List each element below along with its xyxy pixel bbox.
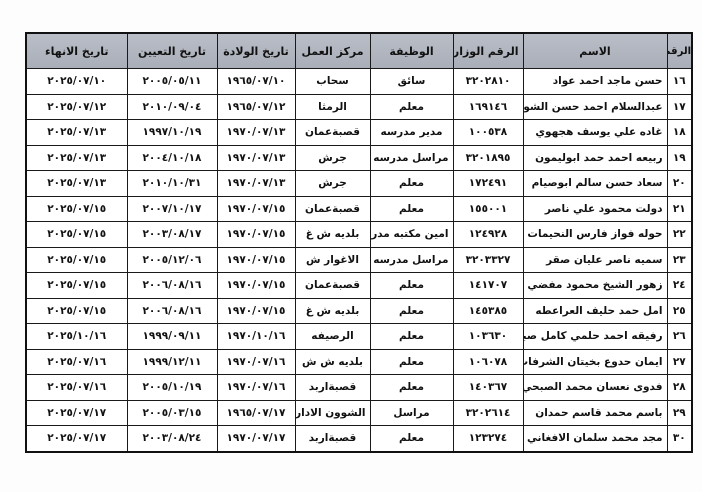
cell-ministry-number: ١٤١٧٠٧: [453, 273, 523, 299]
cell-end-date: ٢٠٢٥/٠٧/١٠: [26, 69, 127, 95]
cell-name: ربيعه احمد حمد ابوليمون: [523, 145, 667, 171]
cell-name: غاده علي يوسف هجهوي: [523, 120, 667, 146]
table-header: الرقم الاسم الرقم الوزاري الوظيفة مركز ا…: [26, 33, 692, 69]
cell-name: زهور الشيخ محمود مفضي العدلات: [523, 273, 667, 299]
cell-work-site: قصبةاربد: [295, 375, 370, 401]
cell-name: سميه ناصر عليان صقر: [523, 247, 667, 273]
cell-number: ١٦: [667, 69, 692, 95]
cell-end-date: ٢٠٢٥/٠٧/١٧: [26, 426, 127, 452]
cell-job: معلم: [370, 324, 453, 350]
cell-birth-date: ١٩٧٠/٠٧/١٦: [217, 349, 295, 375]
cell-birth-date: ١٩٦٥/٠٧/١٠: [217, 69, 295, 95]
cell-work-site: الشوون الاداريه: [295, 400, 370, 426]
cell-birth-date: ١٩٦٥/٠٧/١٧: [217, 400, 295, 426]
cell-ministry-number: ١٥٥٠٠١: [453, 196, 523, 222]
table-row: ٣٠مجد محمد سلمان الافغاني١٢٣٢٧٤معلمقصبةا…: [26, 426, 692, 452]
cell-number: ١٧: [667, 94, 692, 120]
cell-work-site: الرمثا: [295, 94, 370, 120]
cell-ministry-number: ١٤٥٣٨٥: [453, 298, 523, 324]
cell-number: ٢٥: [667, 298, 692, 324]
table-row: ١٨غاده علي يوسف هجهوي١٠٠٥٣٨مدير مدرسهقصب…: [26, 120, 692, 146]
cell-ministry-number: ١٠٦٠٧٨: [453, 349, 523, 375]
cell-hire-date: ٢٠٠٣/٠٨/١٧: [127, 222, 217, 248]
cell-end-date: ٢٠٢٥/٠٧/١٧: [26, 400, 127, 426]
cell-birth-date: ١٩٧٠/٠٧/١٥: [217, 298, 295, 324]
cell-ministry-number: ٣٢٠١٨٩٥: [453, 145, 523, 171]
cell-number: ٢٠: [667, 171, 692, 197]
table-row: ٢٤زهور الشيخ محمود مفضي العدلات١٤١٧٠٧معل…: [26, 273, 692, 299]
cell-hire-date: ٢٠٠٧/١٠/١٧: [127, 196, 217, 222]
cell-birth-date: ١٩٧٠/٠٧/١٣: [217, 171, 295, 197]
cell-end-date: ٢٠٢٥/١٠/١٦: [26, 324, 127, 350]
cell-job: معلم: [370, 426, 453, 452]
cell-job: معلم: [370, 273, 453, 299]
header-end-date: تاريخ الانهاء: [26, 33, 127, 69]
cell-hire-date: ٢٠٠٦/٠٨/١٦: [127, 298, 217, 324]
cell-number: ١٨: [667, 120, 692, 146]
cell-end-date: ٢٠٢٥/٠٧/١٥: [26, 196, 127, 222]
cell-hire-date: ٢٠٠٥/١٠/١٩: [127, 375, 217, 401]
cell-job: مراسل: [370, 400, 453, 426]
document-page: الرقم الاسم الرقم الوزاري الوظيفة مركز ا…: [0, 0, 702, 492]
table-row: ٢٨فدوى نعسان محمد الصبحي١٤٠٣٦٧معلمقصبةار…: [26, 375, 692, 401]
cell-number: ٢٤: [667, 273, 692, 299]
cell-hire-date: ٢٠٠٦/٠٨/١٦: [127, 273, 217, 299]
cell-job: سائق: [370, 69, 453, 95]
cell-work-site: الرصيفه: [295, 324, 370, 350]
cell-job: معلم: [370, 196, 453, 222]
cell-number: ٢٢: [667, 222, 692, 248]
cell-hire-date: ١٩٩٧/١٠/١٩: [127, 120, 217, 146]
cell-number: ٢٨: [667, 375, 692, 401]
cell-work-site: سحاب: [295, 69, 370, 95]
cell-hire-date: ٢٠١٠/٠٩/٠٤: [127, 94, 217, 120]
cell-work-site: جرش: [295, 145, 370, 171]
header-name: الاسم: [523, 33, 667, 69]
cell-name: رفيقه احمد حلمي كامل صباح: [523, 324, 667, 350]
cell-hire-date: ٢٠٠٥/٠٣/١٥: [127, 400, 217, 426]
cell-hire-date: ٢٠٠٥/٠٥/١١: [127, 69, 217, 95]
cell-birth-date: ١٩٧٠/١٠/١٦: [217, 324, 295, 350]
cell-end-date: ٢٠٢٥/٠٧/١٦: [26, 375, 127, 401]
cell-number: ٢٦: [667, 324, 692, 350]
cell-work-site: جرش: [295, 171, 370, 197]
cell-name: حسن ماجد احمد عواد: [523, 69, 667, 95]
cell-name: ايمان حدوع بخيتان الشرفات: [523, 349, 667, 375]
cell-name: باسم محمد قاسم حمدان: [523, 400, 667, 426]
header-birth-date: تاريخ الولادة: [217, 33, 295, 69]
cell-work-site: قصبةاربد: [295, 426, 370, 452]
cell-birth-date: ١٩٧٠/٠٧/١٥: [217, 273, 295, 299]
cell-birth-date: ١٩٧٠/٠٧/١٥: [217, 247, 295, 273]
cell-job: معلم: [370, 298, 453, 324]
cell-number: ٣٠: [667, 426, 692, 452]
cell-number: ٢٩: [667, 400, 692, 426]
table-row: ٢٩باسم محمد قاسم حمدان٣٢٠٢٦١٤مراسلالشوون…: [26, 400, 692, 426]
cell-name: حوله فواز فارس النحيمات: [523, 222, 667, 248]
table-row: ٢٣سميه ناصر عليان صقر٣٢٠٣٣٢٧مراسل مدرسها…: [26, 247, 692, 273]
cell-name: دولت محمود علي ناصر: [523, 196, 667, 222]
cell-work-site: بلديه ش غ: [295, 222, 370, 248]
cell-hire-date: ١٩٩٩/١٢/١١: [127, 349, 217, 375]
cell-job: امين مكتبه مدرسه: [370, 222, 453, 248]
cell-end-date: ٢٠٢٥/٠٧/١٥: [26, 222, 127, 248]
cell-end-date: ٢٠٢٥/٠٧/١٢: [26, 94, 127, 120]
cell-hire-date: ٢٠١٠/١٠/٣١: [127, 171, 217, 197]
cell-hire-date: ١٩٩٩/٠٩/١١: [127, 324, 217, 350]
cell-number: ٢١: [667, 196, 692, 222]
cell-ministry-number: ١٠٣٦٣٠: [453, 324, 523, 350]
cell-ministry-number: ١٢٤٩٢٨: [453, 222, 523, 248]
cell-birth-date: ١٩٧٠/٠٧/١٦: [217, 375, 295, 401]
cell-job: مراسل مدرسه: [370, 145, 453, 171]
cell-job: معلم: [370, 375, 453, 401]
cell-ministry-number: ١٤٠٣٦٧: [453, 375, 523, 401]
cell-end-date: ٢٠٢٥/٠٧/١٣: [26, 171, 127, 197]
header-row: الرقم الاسم الرقم الوزاري الوظيفة مركز ا…: [26, 33, 692, 69]
table-row: ٢٦رفيقه احمد حلمي كامل صباح١٠٣٦٣٠معلمالر…: [26, 324, 692, 350]
header-number: الرقم: [667, 33, 692, 69]
cell-hire-date: ٢٠٠٥/١٢/٠٦: [127, 247, 217, 273]
cell-ministry-number: ١٢٣٢٧٤: [453, 426, 523, 452]
cell-number: ٢٣: [667, 247, 692, 273]
cell-work-site: الاغوار ش: [295, 247, 370, 273]
cell-birth-date: ١٩٧٠/٠٧/١٥: [217, 196, 295, 222]
cell-hire-date: ٢٠٠٤/١٠/١٨: [127, 145, 217, 171]
cell-birth-date: ١٩٧٠/٠٧/١٧: [217, 426, 295, 452]
cell-end-date: ٢٠٢٥/٠٧/١٦: [26, 349, 127, 375]
cell-job: معلم: [370, 171, 453, 197]
cell-ministry-number: ٣٢٠٢٨١٠: [453, 69, 523, 95]
cell-birth-date: ١٩٦٥/٠٧/١٢: [217, 94, 295, 120]
header-job: الوظيفة: [370, 33, 453, 69]
cell-ministry-number: ١٧٢٤٩١: [453, 171, 523, 197]
cell-name: سعاد حسن سالم ابوصيام: [523, 171, 667, 197]
table-row: ٢٢حوله فواز فارس النحيمات١٢٤٩٢٨امين مكتب…: [26, 222, 692, 248]
cell-job: مراسل مدرسه: [370, 247, 453, 273]
cell-birth-date: ١٩٧٠/٠٧/١٣: [217, 145, 295, 171]
table-row: ٢١دولت محمود علي ناصر١٥٥٠٠١معلمقصبةعمان١…: [26, 196, 692, 222]
cell-work-site: بلديه ش ش: [295, 349, 370, 375]
header-hire-date: تاريخ التعيين: [127, 33, 217, 69]
cell-ministry-number: ٣٢٠٢٦١٤: [453, 400, 523, 426]
header-ministry-number: الرقم الوزاري: [453, 33, 523, 69]
cell-end-date: ٢٠٢٥/٠٧/١٥: [26, 298, 127, 324]
cell-name: عبدالسلام احمد حسن الشول: [523, 94, 667, 120]
table-row: ٢٧ايمان حدوع بخيتان الشرفات١٠٦٠٧٨معلمبلد…: [26, 349, 692, 375]
table-row: ١٦حسن ماجد احمد عواد٣٢٠٢٨١٠سائقسحاب١٩٦٥/…: [26, 69, 692, 95]
cell-number: ٢٧: [667, 349, 692, 375]
cell-work-site: قصبةعمان: [295, 273, 370, 299]
cell-ministry-number: ٣٢٠٣٣٢٧: [453, 247, 523, 273]
employee-retirement-table: الرقم الاسم الرقم الوزاري الوظيفة مركز ا…: [25, 32, 693, 453]
cell-job: مدير مدرسه: [370, 120, 453, 146]
cell-end-date: ٢٠٢٥/٠٧/١٥: [26, 273, 127, 299]
cell-job: معلم: [370, 94, 453, 120]
cell-birth-date: ١٩٧٠/٠٧/١٣: [217, 120, 295, 146]
table-row: ٢٠سعاد حسن سالم ابوصيام١٧٢٤٩١معلمجرش١٩٧٠…: [26, 171, 692, 197]
table-row: ١٧عبدالسلام احمد حسن الشول١٦٩١٤٦معلمالرم…: [26, 94, 692, 120]
cell-hire-date: ٢٠٠٣/٠٨/٢٤: [127, 426, 217, 452]
header-work-site: مركز العمل: [295, 33, 370, 69]
table-row: ٢٥امل حمد حليف العراعطه١٤٥٣٨٥معلمبلديه ش…: [26, 298, 692, 324]
cell-number: ١٩: [667, 145, 692, 171]
cell-work-site: قصبةعمان: [295, 196, 370, 222]
cell-ministry-number: ١٦٩١٤٦: [453, 94, 523, 120]
cell-end-date: ٢٠٢٥/٠٧/١٣: [26, 145, 127, 171]
table-row: ١٩ربيعه احمد حمد ابوليمون٣٢٠١٨٩٥مراسل مد…: [26, 145, 692, 171]
cell-name: مجد محمد سلمان الافغاني: [523, 426, 667, 452]
cell-end-date: ٢٠٢٥/٠٧/١٣: [26, 120, 127, 146]
cell-work-site: قصبةعمان: [295, 120, 370, 146]
cell-end-date: ٢٠٢٥/٠٧/١٥: [26, 247, 127, 273]
cell-work-site: بلديه ش غ: [295, 298, 370, 324]
table-body: ١٦حسن ماجد احمد عواد٣٢٠٢٨١٠سائقسحاب١٩٦٥/…: [26, 69, 692, 452]
cell-name: امل حمد حليف العراعطه: [523, 298, 667, 324]
cell-birth-date: ١٩٧٠/٠٧/١٥: [217, 222, 295, 248]
cell-name: فدوى نعسان محمد الصبحي: [523, 375, 667, 401]
cell-job: معلم: [370, 349, 453, 375]
cell-ministry-number: ١٠٠٥٣٨: [453, 120, 523, 146]
